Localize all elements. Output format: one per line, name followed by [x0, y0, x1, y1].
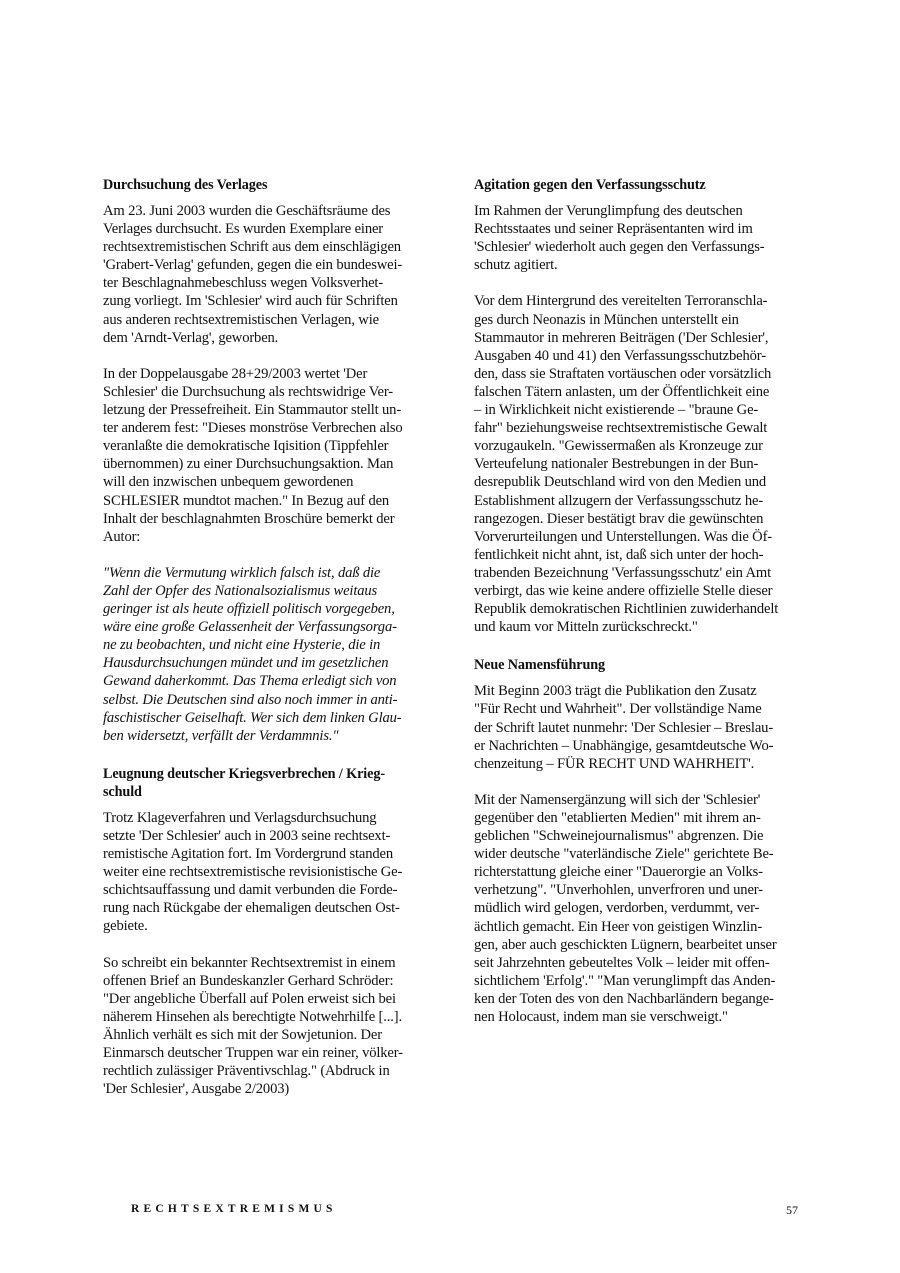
text-line: ben widersetzt, verfällt der Verdammnis.…	[103, 727, 433, 745]
text-line: offenen Brief an Bundeskanzler Gerhard S…	[103, 972, 433, 990]
text-line: wider deutsche "vaterländische Ziele" ge…	[474, 845, 804, 863]
text-line: richterstattung gleiche einer "Dauerorgi…	[474, 863, 804, 881]
text-line: verhetzung". "Unverhohlen, unverfroren u…	[474, 881, 804, 899]
text-line: Im Rahmen der Verunglimpfung des deutsch…	[474, 202, 804, 220]
paragraph: Am 23. Juni 2003 wurden die Geschäftsräu…	[103, 202, 433, 347]
text-line: vorzugaukeln. "Gewissermaßen als Kronzeu…	[474, 437, 804, 455]
text-line: ken der Toten des von den Nachbarländern…	[474, 990, 804, 1008]
text-line: letzung der Pressefreiheit. Ein Stammaut…	[103, 401, 433, 419]
page-number: 57	[786, 1203, 798, 1218]
text-line: sichtlichem 'Erfolg'." "Man verunglimpft…	[474, 972, 804, 990]
text-line: Am 23. Juni 2003 wurden die Geschäftsräu…	[103, 202, 433, 220]
text-line: will den inzwischen unbequem gewordenen	[103, 473, 433, 491]
text-line: SCHLESIER mundtot machen." In Bezug auf …	[103, 492, 433, 510]
text-line: gen, aber auch geschickten Lügnern, bear…	[474, 936, 804, 954]
paragraph: Mit Beginn 2003 trägt die Publikation de…	[474, 682, 804, 772]
text-line: übernommen) zu einer Durchsuchungsaktion…	[103, 455, 433, 473]
text-line: nen Holocaust, indem man sie verschweigt…	[474, 1008, 804, 1026]
right-column: Agitation gegen den Verfassungsschutz Im…	[474, 176, 804, 1044]
text-line: schutz agitiert.	[474, 256, 804, 274]
text-line: 'Schlesier' wiederholt auch gegen den Ve…	[474, 238, 804, 256]
section-heading-durchsuchung: Durchsuchung des Verlages	[103, 176, 433, 194]
text-line: zung vorliegt. Im 'Schlesier' wird auch …	[103, 292, 433, 310]
text-line: falschen Tätern anlasten, um der Öffentl…	[474, 383, 804, 401]
text-line: Verteufelung nationaler Bestrebungen in …	[474, 455, 804, 473]
text-line: ter anderem fest: "Dieses monströse Verb…	[103, 419, 433, 437]
text-line: Trotz Klageverfahren und Verlagsdurchsuc…	[103, 809, 433, 827]
text-line: den, dass sie Straftaten vortäuschen ode…	[474, 365, 804, 383]
text-line: gebiete.	[103, 917, 433, 935]
text-line: So schreibt ein bekannter Rechtsextremis…	[103, 954, 433, 972]
text-line: ne zu beobachten, und nicht eine Hysteri…	[103, 636, 433, 654]
text-line: seit Jahrzehnten gebeuteltes Volk – leid…	[474, 954, 804, 972]
text-line: Vorverurteilungen und Unterstellungen. W…	[474, 528, 804, 546]
text-line: 'Grabert-Verlag' gefunden, gegen die ein…	[103, 256, 433, 274]
text-line: Mit der Namensergänzung will sich der 'S…	[474, 791, 804, 809]
text-line: Hausdurchsuchungen mündet und im gesetzl…	[103, 654, 433, 672]
text-line: Stammautor in mehreren Beiträgen ('Der S…	[474, 329, 804, 347]
text-line: Mit Beginn 2003 trägt die Publikation de…	[474, 682, 804, 700]
paragraph: Trotz Klageverfahren und Verlagsdurchsuc…	[103, 809, 433, 936]
section-heading-agitation: Agitation gegen den Verfassungsschutz	[474, 176, 804, 194]
text-line: veranlaßte die demokratische Iqisition (…	[103, 437, 433, 455]
text-line: weiter eine rechtsextremistische revisio…	[103, 863, 433, 881]
running-footer-title: RECHTSEXTREMISMUS	[131, 1203, 798, 1215]
text-line: selbst. Die Deutschen sind also noch imm…	[103, 691, 433, 709]
text-line: gegenüber den "etablierten Medien" mit i…	[474, 809, 804, 827]
text-line: wäre eine große Gelassenheit der Verfass…	[103, 618, 433, 636]
text-line: Schlesier' die Durchsuchung als rechtswi…	[103, 383, 433, 401]
paragraph: Im Rahmen der Verunglimpfung des deutsch…	[474, 202, 804, 274]
text-line: 'Der Schlesier', Ausgabe 2/2003)	[103, 1080, 433, 1098]
text-line: Inhalt der beschlagnahmten Broschüre bem…	[103, 510, 433, 528]
text-line: rung nach Rückgabe der ehemaligen deutsc…	[103, 899, 433, 917]
text-line: "Für Recht und Wahrheit". Der vollständi…	[474, 700, 804, 718]
text-line: "Wenn die Vermutung wirklich falsch ist,…	[103, 564, 433, 582]
text-line: desrepublik Deutschland wird von den Med…	[474, 473, 804, 491]
document-page: Durchsuchung des Verlages Am 23. Juni 20…	[0, 0, 900, 1273]
text-line: ter Beschlagnahmebeschluss wegen Volksve…	[103, 274, 433, 292]
text-line: remistische Agitation fort. Im Vordergru…	[103, 845, 433, 863]
text-line: müdlich wird gelogen, verdorben, verdumm…	[474, 899, 804, 917]
text-line: Autor:	[103, 528, 433, 546]
text-line: dem 'Arndt-Verlag', geworben.	[103, 329, 433, 347]
text-line: Zahl der Opfer des Nationalsozialismus w…	[103, 582, 433, 600]
text-line: Gewand daherkommt. Das Thema erledigt si…	[103, 672, 433, 690]
text-line: Verlages durchsucht. Es wurden Exemplare…	[103, 220, 433, 238]
paragraph: In der Doppelausgabe 28+29/2003 wertet '…	[103, 365, 433, 546]
text-line: und kaum vor Mitteln zurückschreckt."	[474, 618, 804, 636]
text-line: rangezogen. Dieser bestätigt brav die ge…	[474, 510, 804, 528]
text-line: Ausgaben 40 und 41) den Verfassungsschut…	[474, 347, 804, 365]
text-line: Ähnlich verhält es sich mit der Sowjetun…	[103, 1026, 433, 1044]
text-line: fahr" beziehungsweise rechtsextremistisc…	[474, 419, 804, 437]
text-line: Rechtsstaates und seiner Repräsentanten …	[474, 220, 804, 238]
text-line: fentlichkeit nicht ahnt, ist, daß sich u…	[474, 546, 804, 564]
text-line: In der Doppelausgabe 28+29/2003 wertet '…	[103, 365, 433, 383]
text-line: geringer ist als heute offiziell politis…	[103, 600, 433, 618]
text-line: er Nachrichten – Unabhängige, gesamtdeut…	[474, 737, 804, 755]
paragraph: Vor dem Hintergrund des vereitelten Terr…	[474, 292, 804, 636]
text-line: Leugnung deutscher Kriegsverbrechen / Kr…	[103, 765, 433, 783]
block-quote: "Wenn die Vermutung wirklich falsch ist,…	[103, 564, 433, 745]
text-line: Establishment allzugern der Verfassungss…	[474, 492, 804, 510]
paragraph: So schreibt ein bekannter Rechtsextremis…	[103, 954, 433, 1099]
left-column: Durchsuchung des Verlages Am 23. Juni 20…	[103, 176, 433, 1117]
section-heading-namensfuehrung: Neue Namensführung	[474, 656, 804, 674]
text-line: verbirgt, das wie keine andere offiziell…	[474, 582, 804, 600]
paragraph: Mit der Namensergänzung will sich der 'S…	[474, 791, 804, 1026]
text-line: – in Wirklichkeit nicht existierende – "…	[474, 401, 804, 419]
text-line: schichtsauffassung und damit verbunden d…	[103, 881, 433, 899]
text-line: aus anderen rechtsextremistischen Verlag…	[103, 311, 433, 329]
text-line: Vor dem Hintergrund des vereitelten Terr…	[474, 292, 804, 310]
text-line: rechtsextremistischen Schrift aus dem ei…	[103, 238, 433, 256]
text-line: "Der angebliche Überfall auf Polen erwei…	[103, 990, 433, 1008]
text-line: näherem Hinsehen als berechtigte Notwehr…	[103, 1008, 433, 1026]
text-line: ächtlich gemacht. Ein Heer von geistigen…	[474, 918, 804, 936]
text-line: chenzeitung – FÜR RECHT UND WAHRHEIT'.	[474, 755, 804, 773]
text-line: trabenden Bezeichnung 'Verfassungsschutz…	[474, 564, 804, 582]
text-line: setzte 'Der Schlesier' auch in 2003 sein…	[103, 827, 433, 845]
text-line: geblichen "Schweinejournalismus" abgrenz…	[474, 827, 804, 845]
text-line: Einmarsch deutscher Truppen war ein rein…	[103, 1044, 433, 1062]
text-line: ges durch Neonazis in München unterstell…	[474, 311, 804, 329]
text-line: Republik demokratischen Richtlinien zuwi…	[474, 600, 804, 618]
text-line: faschistischer Geiselhaft. Wer sich dem …	[103, 709, 433, 727]
text-line: rechtlich zulässiger Präventivschlag." (…	[103, 1062, 433, 1080]
section-heading-leugnung: Leugnung deutscher Kriegsverbrechen / Kr…	[103, 765, 433, 801]
text-line: der Schrift lautet nunmehr: 'Der Schlesi…	[474, 719, 804, 737]
text-line: schuld	[103, 783, 433, 801]
